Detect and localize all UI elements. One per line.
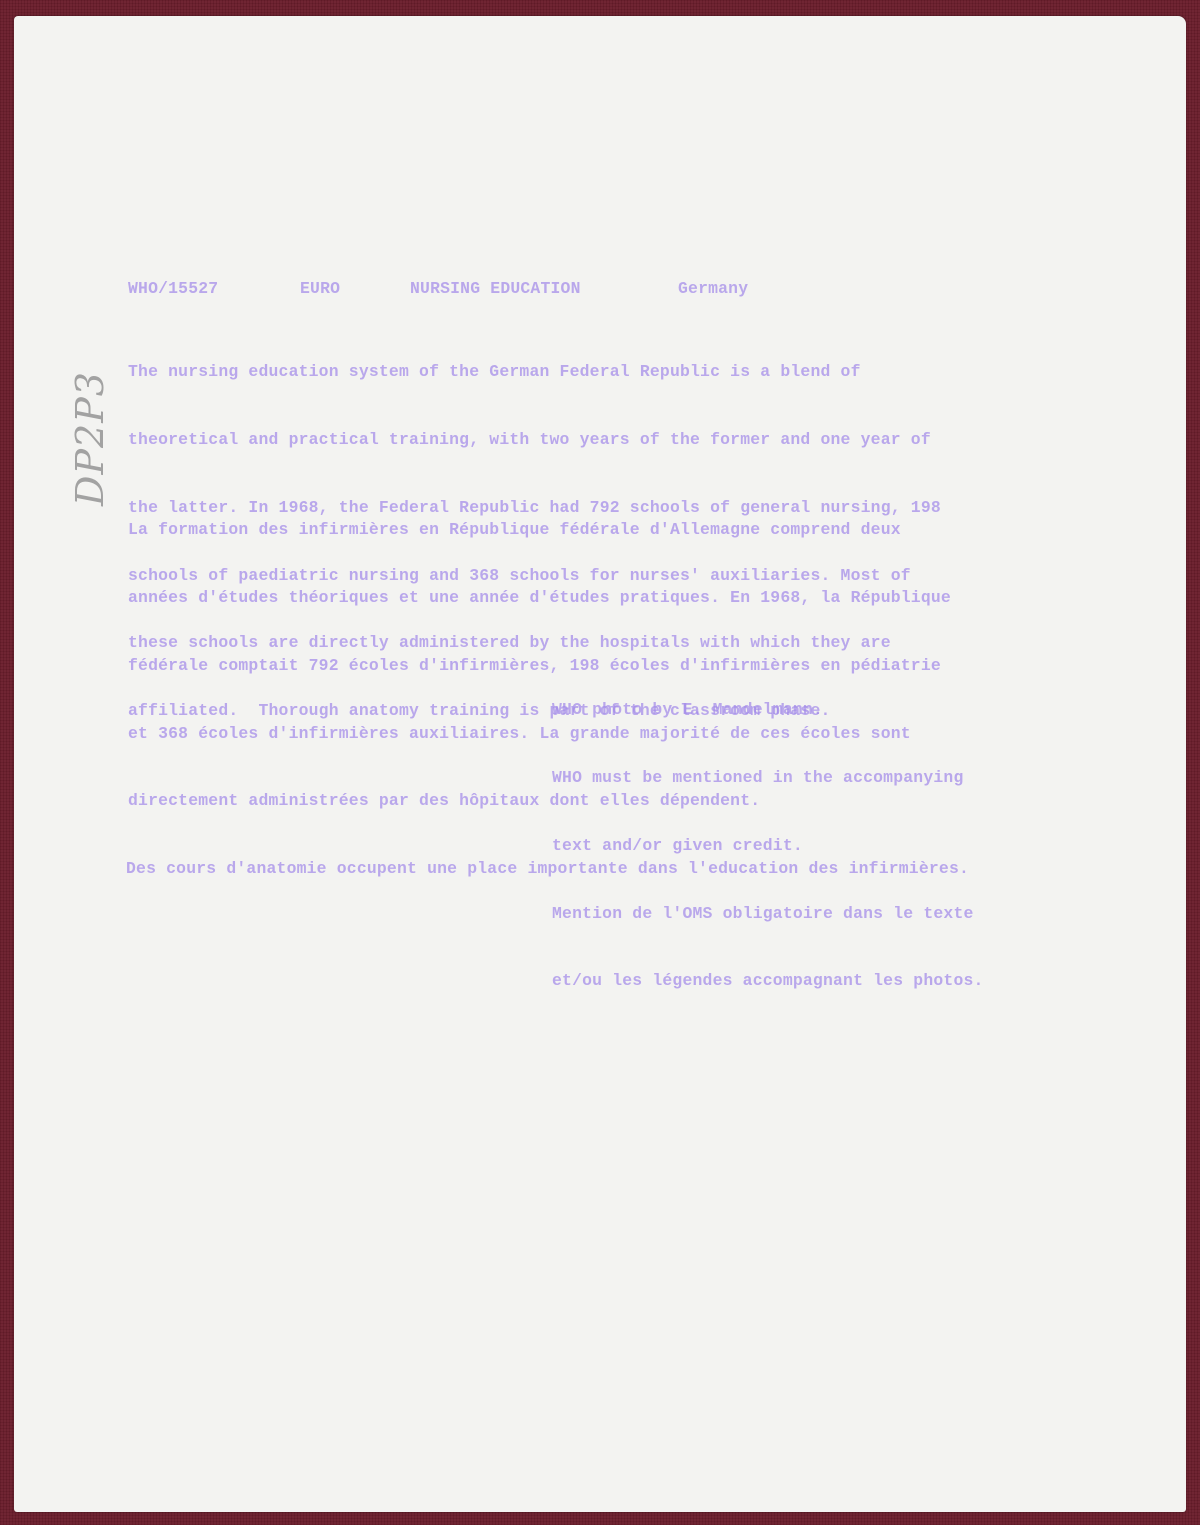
- text-line: La formation des infirmières en Républiq…: [128, 519, 969, 542]
- photo-caption-sheet: DP2P3 WHO/15527 EURO NURSING EDUCATION G…: [14, 16, 1186, 1512]
- photo-credits: WHO photo by E. Mandelmann. WHO must be …: [552, 654, 984, 1038]
- text-line: The nursing education system of the Germ…: [128, 361, 941, 384]
- country-label: Germany: [678, 278, 748, 301]
- photo-code: WHO/15527: [128, 278, 218, 301]
- topic-label: NURSING EDUCATION: [410, 278, 581, 301]
- text-line: theoretical and practical training, with…: [128, 429, 941, 452]
- region-label: EURO: [300, 278, 340, 301]
- credit-line: WHO must be mentioned in the accompanyin…: [552, 767, 984, 790]
- credit-line: et/ou les légendes accompagnant les phot…: [552, 970, 984, 993]
- credit-line: text and/or given credit.: [552, 835, 984, 858]
- credit-line: WHO photo by E. Mandelmann.: [552, 699, 984, 722]
- handwritten-reference: DP2P3: [68, 446, 112, 506]
- text-line: années d'études théoriques et une année …: [128, 587, 969, 610]
- credit-line: Mention de l'OMS obligatoire dans le tex…: [552, 903, 984, 926]
